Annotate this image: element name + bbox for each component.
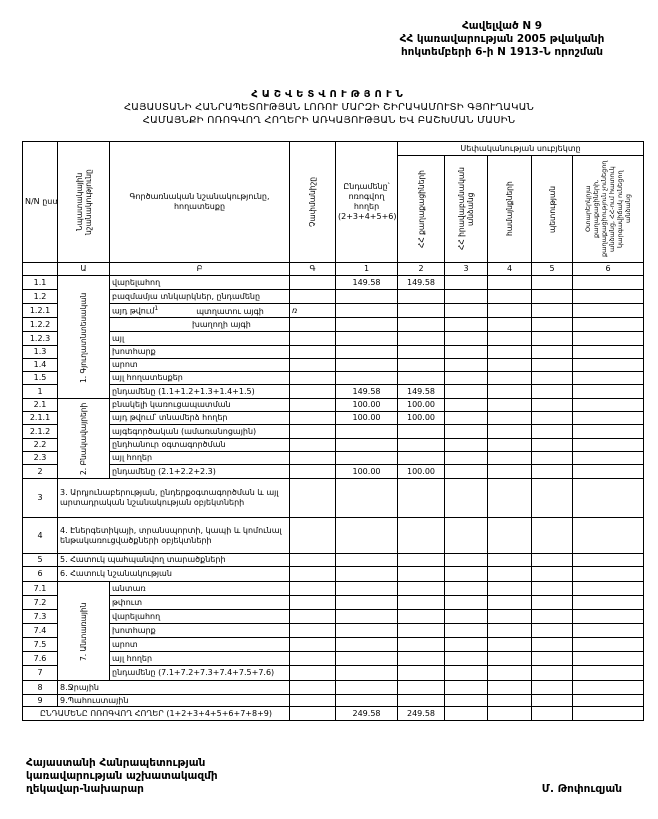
row-number: 1.2.2	[23, 318, 58, 332]
row-number: 1.2.1	[23, 304, 58, 318]
row-number: 2.2	[23, 439, 58, 452]
row-col6	[573, 554, 644, 567]
row-col5	[532, 695, 573, 707]
row-label: այդ թվում1պտղատու այգի	[110, 304, 290, 318]
row-col5	[532, 385, 573, 399]
row-citizens	[398, 304, 445, 318]
row-col6	[573, 359, 644, 372]
row-col3	[445, 304, 488, 318]
table-row: 7.2թփուտ	[23, 596, 644, 610]
row-col5	[532, 332, 573, 346]
row-col4	[488, 518, 532, 554]
table-row: 88.Ջրային	[23, 681, 644, 695]
row-number: 7.5	[23, 638, 58, 652]
header-nn: N/N ըստ	[23, 142, 58, 263]
header-row-1: N/N ըստ Նպատակային նշանակությունը Գործառ…	[23, 142, 644, 156]
header-col6: Օտարերկրյա քաղաքացիների, քաղաքացիություն…	[573, 156, 644, 263]
row-total	[336, 554, 398, 567]
row-col5	[532, 624, 573, 638]
table-row: 7.3վարելահող	[23, 610, 644, 624]
column-index-cell	[23, 263, 58, 276]
row-citizens	[398, 332, 445, 346]
row-unit	[290, 399, 336, 412]
header-land-type: Գործառնական նշանակությունը, հողատեսքը	[110, 142, 290, 263]
row-col6	[573, 346, 644, 359]
table-row: 99.Պահուստային	[23, 695, 644, 707]
grand-total-row: ԸՆԴԱՄԵՆԸ ՈՌՈԳՎՈՂ ՀՈՂԵՐ (1+2+3+4+5+6+7+8+…	[23, 707, 644, 721]
table-row: 2.2ընդհանուր օգտագործման	[23, 439, 644, 452]
column-index-cell: 5	[532, 263, 573, 276]
title-line-2: ՀԱՅԱՍՏԱՆԻ ՀԱՆՐԱՊԵՏՈՒԹՅԱՆ ԼՈՌՈՒ ՄԱՐԶԻ ՇԻՐ…	[0, 101, 658, 114]
signer-name: Մ. Թոփուզյան	[542, 783, 622, 795]
row-col3	[445, 332, 488, 346]
table-row: 2.1.2այգեգործական (ամառանոցային)	[23, 425, 644, 439]
row-col3	[445, 518, 488, 554]
footer-line-1: Հայաստանի Հանրապետության	[26, 757, 218, 770]
row-unit	[290, 452, 336, 465]
row-number: 5	[23, 554, 58, 567]
row-total: 100.00	[336, 465, 398, 479]
row-citizens: 100.00	[398, 465, 445, 479]
table-row: 1.2.1այդ թվում1պտղատու այգիռ	[23, 304, 644, 318]
row-number: 7	[23, 666, 58, 681]
row-col3	[445, 624, 488, 638]
row-number: 2.1	[23, 399, 58, 412]
table-row: 66. Հատուկ նշանակության	[23, 567, 644, 582]
row-number: 2	[23, 465, 58, 479]
row-unit: ռ	[290, 304, 336, 318]
table-row: 44. Էներգետիկայի, տրանսպորտի, կապի և կոմ…	[23, 518, 644, 554]
row-total: 149.58	[336, 276, 398, 290]
row-col3	[445, 318, 488, 332]
row-number: 9	[23, 695, 58, 707]
column-index-cell: Գ	[290, 263, 336, 276]
row-col4	[488, 399, 532, 412]
row-col3	[445, 346, 488, 359]
row-col6	[573, 681, 644, 695]
row-col4	[488, 290, 532, 304]
row-col6	[573, 318, 644, 332]
grand-total-label: ԸՆԴԱՄԵՆԸ ՈՌՈԳՎՈՂ ՀՈՂԵՐ (1+2+3+4+5+6+7+8+…	[23, 707, 290, 721]
row-citizens	[398, 372, 445, 385]
grand-total-citizens: 249.58	[398, 707, 445, 721]
row-col5	[532, 372, 573, 385]
row-col3	[445, 412, 488, 425]
column-index-cell: 1	[336, 263, 398, 276]
row-number: 2.1.1	[23, 412, 58, 425]
row-col5	[532, 412, 573, 425]
footer-line-3: ղեկավար-նախարար	[26, 783, 218, 796]
row-label: արոտ	[110, 359, 290, 372]
row-col6	[573, 518, 644, 554]
row-total	[336, 666, 398, 681]
row-total	[336, 318, 398, 332]
row-col6	[573, 666, 644, 681]
row-label: անտառ	[110, 582, 290, 596]
row-label: խոտհարք	[110, 624, 290, 638]
row-col3	[445, 610, 488, 624]
row-total	[336, 332, 398, 346]
row-col6	[573, 452, 644, 465]
row-col4	[488, 452, 532, 465]
row-label: այդ թվում՝ տնամերձ հողեր	[110, 412, 290, 425]
row-label: արոտ	[110, 638, 290, 652]
row-citizens	[398, 452, 445, 465]
row-unit	[290, 425, 336, 439]
row-col3	[445, 596, 488, 610]
row-col6	[573, 610, 644, 624]
footer-line-2: կառավարության աշխատակազմի	[26, 770, 218, 783]
row-label: խոտհարք	[110, 346, 290, 359]
row-col5	[532, 610, 573, 624]
row-col6	[573, 439, 644, 452]
row-unit	[290, 652, 336, 666]
row-unit	[290, 346, 336, 359]
column-index-cell: 4	[488, 263, 532, 276]
row-label: այլ հողեր	[110, 452, 290, 465]
row-total	[336, 567, 398, 582]
row-col3	[445, 425, 488, 439]
row-total	[336, 452, 398, 465]
row-col5	[532, 399, 573, 412]
row-label: 3. Արդյունաբերության, ընդերքօգտագործման …	[58, 479, 290, 518]
row-col3	[445, 638, 488, 652]
row-citizens	[398, 652, 445, 666]
table-row: 7.5արոտ	[23, 638, 644, 652]
row-col4	[488, 359, 532, 372]
group-label-g7: 7. Անտառային	[58, 582, 110, 681]
row-unit	[290, 332, 336, 346]
row-unit	[290, 681, 336, 695]
row-col6	[573, 596, 644, 610]
row-label: այլ	[110, 332, 290, 346]
row-label: ընդամենը (2.1+2.2+2.3)	[110, 465, 290, 479]
row-col3	[445, 359, 488, 372]
row-citizens: 100.00	[398, 412, 445, 425]
header-col2: ՀՀ քաղաքացիների	[398, 156, 445, 263]
row-col4	[488, 567, 532, 582]
row-citizens	[398, 425, 445, 439]
row-col5	[532, 582, 573, 596]
row-col3	[445, 452, 488, 465]
grand-total-value: 249.58	[336, 707, 398, 721]
row-col4	[488, 465, 532, 479]
row-col3	[445, 276, 488, 290]
row-citizens	[398, 479, 445, 518]
row-number: 1.3	[23, 346, 58, 359]
row-total	[336, 695, 398, 707]
row-label: խաղողի այգի	[110, 318, 290, 332]
row-unit	[290, 695, 336, 707]
row-col6	[573, 399, 644, 412]
row-col6	[573, 332, 644, 346]
row-unit	[290, 554, 336, 567]
row-col5	[532, 596, 573, 610]
table-row: 1.2.3այլ	[23, 332, 644, 346]
row-total	[336, 439, 398, 452]
row-total	[336, 638, 398, 652]
table-row: 7.17. Անտառայինանտառ	[23, 582, 644, 596]
row-col5	[532, 346, 573, 359]
row-citizens	[398, 318, 445, 332]
row-col6	[573, 372, 644, 385]
row-label: բազմամյա տնկարկներ, ընդամենը	[110, 290, 290, 304]
row-unit	[290, 596, 336, 610]
row-col3	[445, 652, 488, 666]
row-col6	[573, 624, 644, 638]
row-col3	[445, 582, 488, 596]
row-label: ընդամենը (7.1+7.2+7.3+7.4+7.5+7.6)	[110, 666, 290, 681]
row-number: 1.5	[23, 372, 58, 385]
row-col3	[445, 567, 488, 582]
row-unit	[290, 479, 336, 518]
header-ownership-group: Սեփականության սուբյեկտը	[398, 142, 644, 156]
row-number: 1.2.3	[23, 332, 58, 346]
column-index-cell: 6	[573, 263, 644, 276]
row-citizens	[398, 359, 445, 372]
row-number: 2.3	[23, 452, 58, 465]
row-unit	[290, 624, 336, 638]
table-row: 1ընդամենը (1.1+1.2+1.3+1.4+1.5)149.58149…	[23, 385, 644, 399]
row-col4	[488, 318, 532, 332]
row-number: 7.2	[23, 596, 58, 610]
table-row: 2.12. Բնակավայրերիբնակելի կառուցապատման1…	[23, 399, 644, 412]
row-total	[336, 610, 398, 624]
row-unit	[290, 359, 336, 372]
row-total	[336, 304, 398, 318]
table-row: 2.3այլ հողեր	[23, 452, 644, 465]
row-col5	[532, 290, 573, 304]
row-label: այգեգործական (ամառանոցային)	[110, 425, 290, 439]
row-col6	[573, 652, 644, 666]
document-title: ՀԱՇՎԵՏՎՈՒԹՅՈՒՆ ՀԱՅԱՍՏԱՆԻ ՀԱՆՐԱՊԵՏՈՒԹՅԱՆ …	[0, 88, 658, 127]
column-index-cell: 2	[398, 263, 445, 276]
header-units: Չափմանիշը	[290, 142, 336, 263]
header-col5: պետության	[532, 156, 573, 263]
row-citizens	[398, 290, 445, 304]
row-total	[336, 582, 398, 596]
row-unit	[290, 610, 336, 624]
row-col5	[532, 452, 573, 465]
row-number: 7.6	[23, 652, 58, 666]
row-label: վարելահող	[110, 610, 290, 624]
table-row: 1.2.2խաղողի այգի	[23, 318, 644, 332]
table-row: 2ընդամենը (2.1+2.2+2.3)100.00100.00	[23, 465, 644, 479]
row-col4	[488, 652, 532, 666]
row-col3	[445, 399, 488, 412]
header-category: Նպատակային նշանակությունը	[58, 142, 110, 263]
row-col4	[488, 624, 532, 638]
row-col4	[488, 439, 532, 452]
grand-total-col6	[573, 707, 644, 721]
row-number: 1.4	[23, 359, 58, 372]
row-number: 4	[23, 518, 58, 554]
row-label: այլ հողատեսքեր	[110, 372, 290, 385]
row-citizens: 149.58	[398, 385, 445, 399]
row-total: 149.58	[336, 385, 398, 399]
row-col4	[488, 554, 532, 567]
row-col5	[532, 638, 573, 652]
row-col4	[488, 610, 532, 624]
row-col5	[532, 318, 573, 332]
row-number: 1	[23, 385, 58, 399]
row-total	[336, 346, 398, 359]
annex-decree-line: ՀՀ կառավարության 2005 թվականի	[382, 33, 622, 46]
row-col5	[532, 681, 573, 695]
row-col5	[532, 276, 573, 290]
row-number: 3	[23, 479, 58, 518]
group-label-g2: 2. Բնակավայրերի	[58, 399, 110, 479]
column-index-cell: 3	[445, 263, 488, 276]
row-unit	[290, 385, 336, 399]
row-col4	[488, 666, 532, 681]
row-col6	[573, 638, 644, 652]
row-col3	[445, 666, 488, 681]
row-citizens	[398, 439, 445, 452]
row-number: 7.3	[23, 610, 58, 624]
group-label-g1: 1. Գյուղատնտեսական	[58, 276, 110, 399]
row-total	[336, 652, 398, 666]
row-unit	[290, 465, 336, 479]
row-col3	[445, 372, 488, 385]
row-col4	[488, 695, 532, 707]
row-unit	[290, 439, 336, 452]
row-label: թփուտ	[110, 596, 290, 610]
row-col6	[573, 567, 644, 582]
row-total	[336, 372, 398, 385]
column-index-row: ԱԲԳ123456	[23, 263, 644, 276]
row-unit	[290, 318, 336, 332]
row-total	[336, 518, 398, 554]
row-label: 9.Պահուստային	[58, 695, 290, 707]
row-col6	[573, 479, 644, 518]
row-col5	[532, 304, 573, 318]
annex-reference: Հավելված N 9 ՀՀ կառավարության 2005 թվակա…	[382, 20, 622, 59]
row-total	[336, 425, 398, 439]
row-total: 100.00	[336, 412, 398, 425]
row-col3	[445, 439, 488, 452]
row-col6	[573, 276, 644, 290]
row-number: 1.1	[23, 276, 58, 290]
row-col3	[445, 695, 488, 707]
row-col3	[445, 479, 488, 518]
grand-total-col3	[445, 707, 488, 721]
row-citizens	[398, 610, 445, 624]
row-col5	[532, 425, 573, 439]
row-unit	[290, 518, 336, 554]
row-citizens	[398, 567, 445, 582]
row-col6	[573, 412, 644, 425]
row-col3	[445, 681, 488, 695]
row-col5	[532, 652, 573, 666]
row-col4	[488, 582, 532, 596]
row-citizens	[398, 596, 445, 610]
row-citizens	[398, 582, 445, 596]
row-unit	[290, 666, 336, 681]
row-col5	[532, 666, 573, 681]
row-col3	[445, 290, 488, 304]
row-unit	[290, 567, 336, 582]
row-col5	[532, 567, 573, 582]
row-col4	[488, 332, 532, 346]
annex-number: Հավելված N 9	[382, 20, 622, 33]
row-total	[336, 359, 398, 372]
row-number: 7.1	[23, 582, 58, 596]
row-label: այլ հողեր	[110, 652, 290, 666]
row-total	[336, 290, 398, 304]
row-col4	[488, 346, 532, 359]
row-total	[336, 596, 398, 610]
table-row: 1.11. Գյուղատնտեսականվարելահող149.58149.…	[23, 276, 644, 290]
row-col6	[573, 290, 644, 304]
row-label: 8.Ջրային	[58, 681, 290, 695]
table-row: 33. Արդյունաբերության, ընդերքօգտագործման…	[23, 479, 644, 518]
row-label: 5. Հատուկ պահպանվող տարածքների	[58, 554, 290, 567]
row-unit	[290, 276, 336, 290]
row-col6	[573, 304, 644, 318]
row-number: 8	[23, 681, 58, 695]
row-citizens	[398, 518, 445, 554]
row-total	[336, 479, 398, 518]
row-total: 100.00	[336, 399, 398, 412]
row-label: ընդամենը (1.1+1.2+1.3+1.4+1.5)	[110, 385, 290, 399]
table-row: 2.1.1այդ թվում՝ տնամերձ հողեր100.00100.0…	[23, 412, 644, 425]
row-label: 4. Էներգետիկայի, տրանսպորտի, կապի և կոմո…	[58, 518, 290, 554]
table-row: 1.5այլ հողատեսքեր	[23, 372, 644, 385]
table-row: 1.2բազմամյա տնկարկներ, ընդամենը	[23, 290, 644, 304]
row-col4	[488, 638, 532, 652]
row-total	[336, 681, 398, 695]
row-col4	[488, 412, 532, 425]
header-col3: ՀՀ իրավաբանական անձանց	[445, 156, 488, 263]
row-col5	[532, 554, 573, 567]
table-row: 7.4խոտհարք	[23, 624, 644, 638]
row-label: 6. Հատուկ նշանակության	[58, 567, 290, 582]
grand-total-col4	[488, 707, 532, 721]
row-col3	[445, 385, 488, 399]
table-row: 7.6այլ հողեր	[23, 652, 644, 666]
table-row: 7ընդամենը (7.1+7.2+7.3+7.4+7.5+7.6)	[23, 666, 644, 681]
row-col3	[445, 554, 488, 567]
table-row: 55. Հատուկ պահպանվող տարածքների	[23, 554, 644, 567]
grand-total-col5	[532, 707, 573, 721]
table-row: 1.4արոտ	[23, 359, 644, 372]
row-col6	[573, 425, 644, 439]
row-col5	[532, 439, 573, 452]
row-unit	[290, 412, 336, 425]
row-label: վարելահող	[110, 276, 290, 290]
row-citizens	[398, 666, 445, 681]
row-col4	[488, 276, 532, 290]
row-number: 6	[23, 567, 58, 582]
row-citizens	[398, 624, 445, 638]
row-label: ընդհանուր օգտագործման	[110, 439, 290, 452]
row-col6	[573, 582, 644, 596]
column-index-cell: Բ	[110, 263, 290, 276]
row-unit	[290, 290, 336, 304]
annex-decree-date: հոկտեմբերի 6-ի N 1913-Ն որոշման	[382, 46, 622, 59]
row-col4	[488, 385, 532, 399]
title-line-3: ՀԱՄԱՅՆՔԻ ՈՌՈԳՎՈՂ ՀՈՂԵՐԻ ԱՌԿԱՅՈՒԹՅԱՆ ԵՎ Բ…	[0, 114, 658, 127]
row-number: 1.2	[23, 290, 58, 304]
title-report: ՀԱՇՎԵՏՎՈՒԹՅՈՒՆ	[0, 88, 658, 101]
grand-total-unit	[290, 707, 336, 721]
row-col3	[445, 465, 488, 479]
row-citizens	[398, 554, 445, 567]
row-citizens	[398, 638, 445, 652]
header-total: Ընդամենը՝ ոռոգվող հողեր (2+3+4+5+6)	[336, 142, 398, 263]
row-label: բնակելի կառուցապատման	[110, 399, 290, 412]
